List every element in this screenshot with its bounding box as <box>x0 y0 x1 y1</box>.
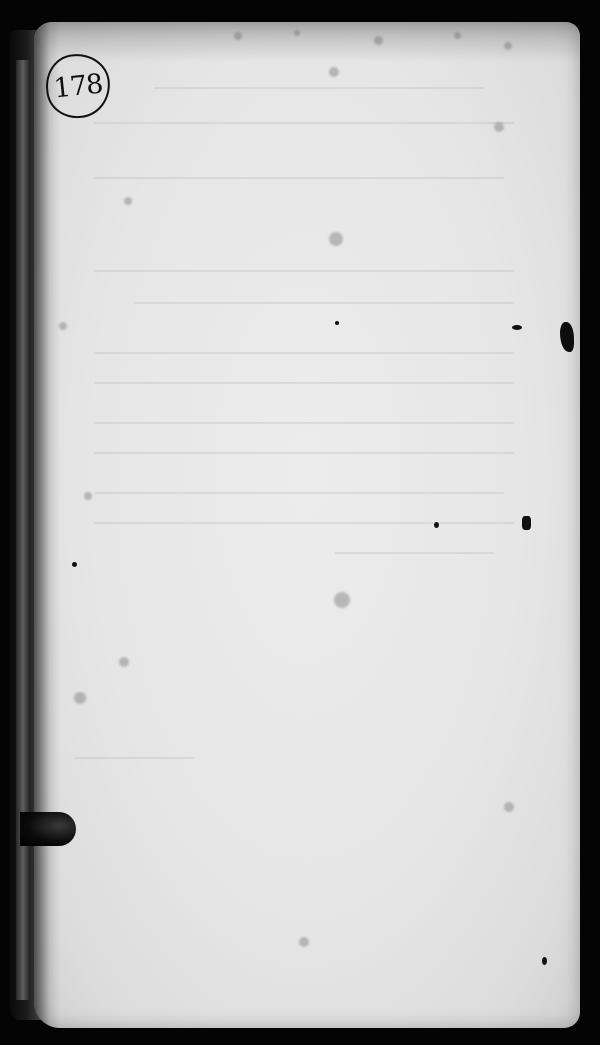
bleed-through-line <box>74 757 194 759</box>
ink-dot <box>542 957 547 965</box>
foxing-spot <box>234 32 242 40</box>
bleed-through-line <box>154 87 484 89</box>
ink-dot <box>434 522 439 528</box>
foxing-spot <box>119 657 129 667</box>
bleed-through-line <box>94 492 504 494</box>
ink-dot <box>72 562 77 567</box>
foxing-spot <box>294 30 300 36</box>
bleed-through-line <box>94 452 514 454</box>
bleed-through-line <box>334 552 494 554</box>
manuscript-page <box>34 22 580 1028</box>
foxing-spot <box>374 36 383 45</box>
foxing-spot <box>59 322 67 330</box>
foxing-spot <box>74 692 86 704</box>
bleed-through-line <box>94 522 514 524</box>
foxing-spot <box>84 492 92 500</box>
binding-clasp <box>20 812 76 846</box>
foxing-spot <box>299 937 309 947</box>
bleed-through-line <box>94 270 514 272</box>
ink-dot <box>512 325 522 330</box>
bleed-through-line <box>94 382 514 384</box>
foxing-spot <box>124 197 132 205</box>
foxing-spot <box>329 232 343 246</box>
foxing-spot <box>494 122 504 132</box>
page-edge-shadow <box>34 22 60 1028</box>
ink-dot <box>335 321 339 325</box>
foxing-spot <box>334 592 350 608</box>
bleed-through-line <box>94 422 514 424</box>
page-top-shadow <box>34 22 580 62</box>
ink-blot <box>522 516 531 530</box>
spine-strip <box>16 60 30 1000</box>
bleed-through-line <box>94 122 514 124</box>
bleed-through-line <box>134 302 514 304</box>
foxing-spot <box>454 32 461 39</box>
foxing-spot <box>329 67 339 77</box>
foxing-spot <box>504 802 514 812</box>
bleed-through-line <box>94 177 504 179</box>
bleed-through-line <box>94 352 514 354</box>
foxing-spot <box>504 42 512 50</box>
